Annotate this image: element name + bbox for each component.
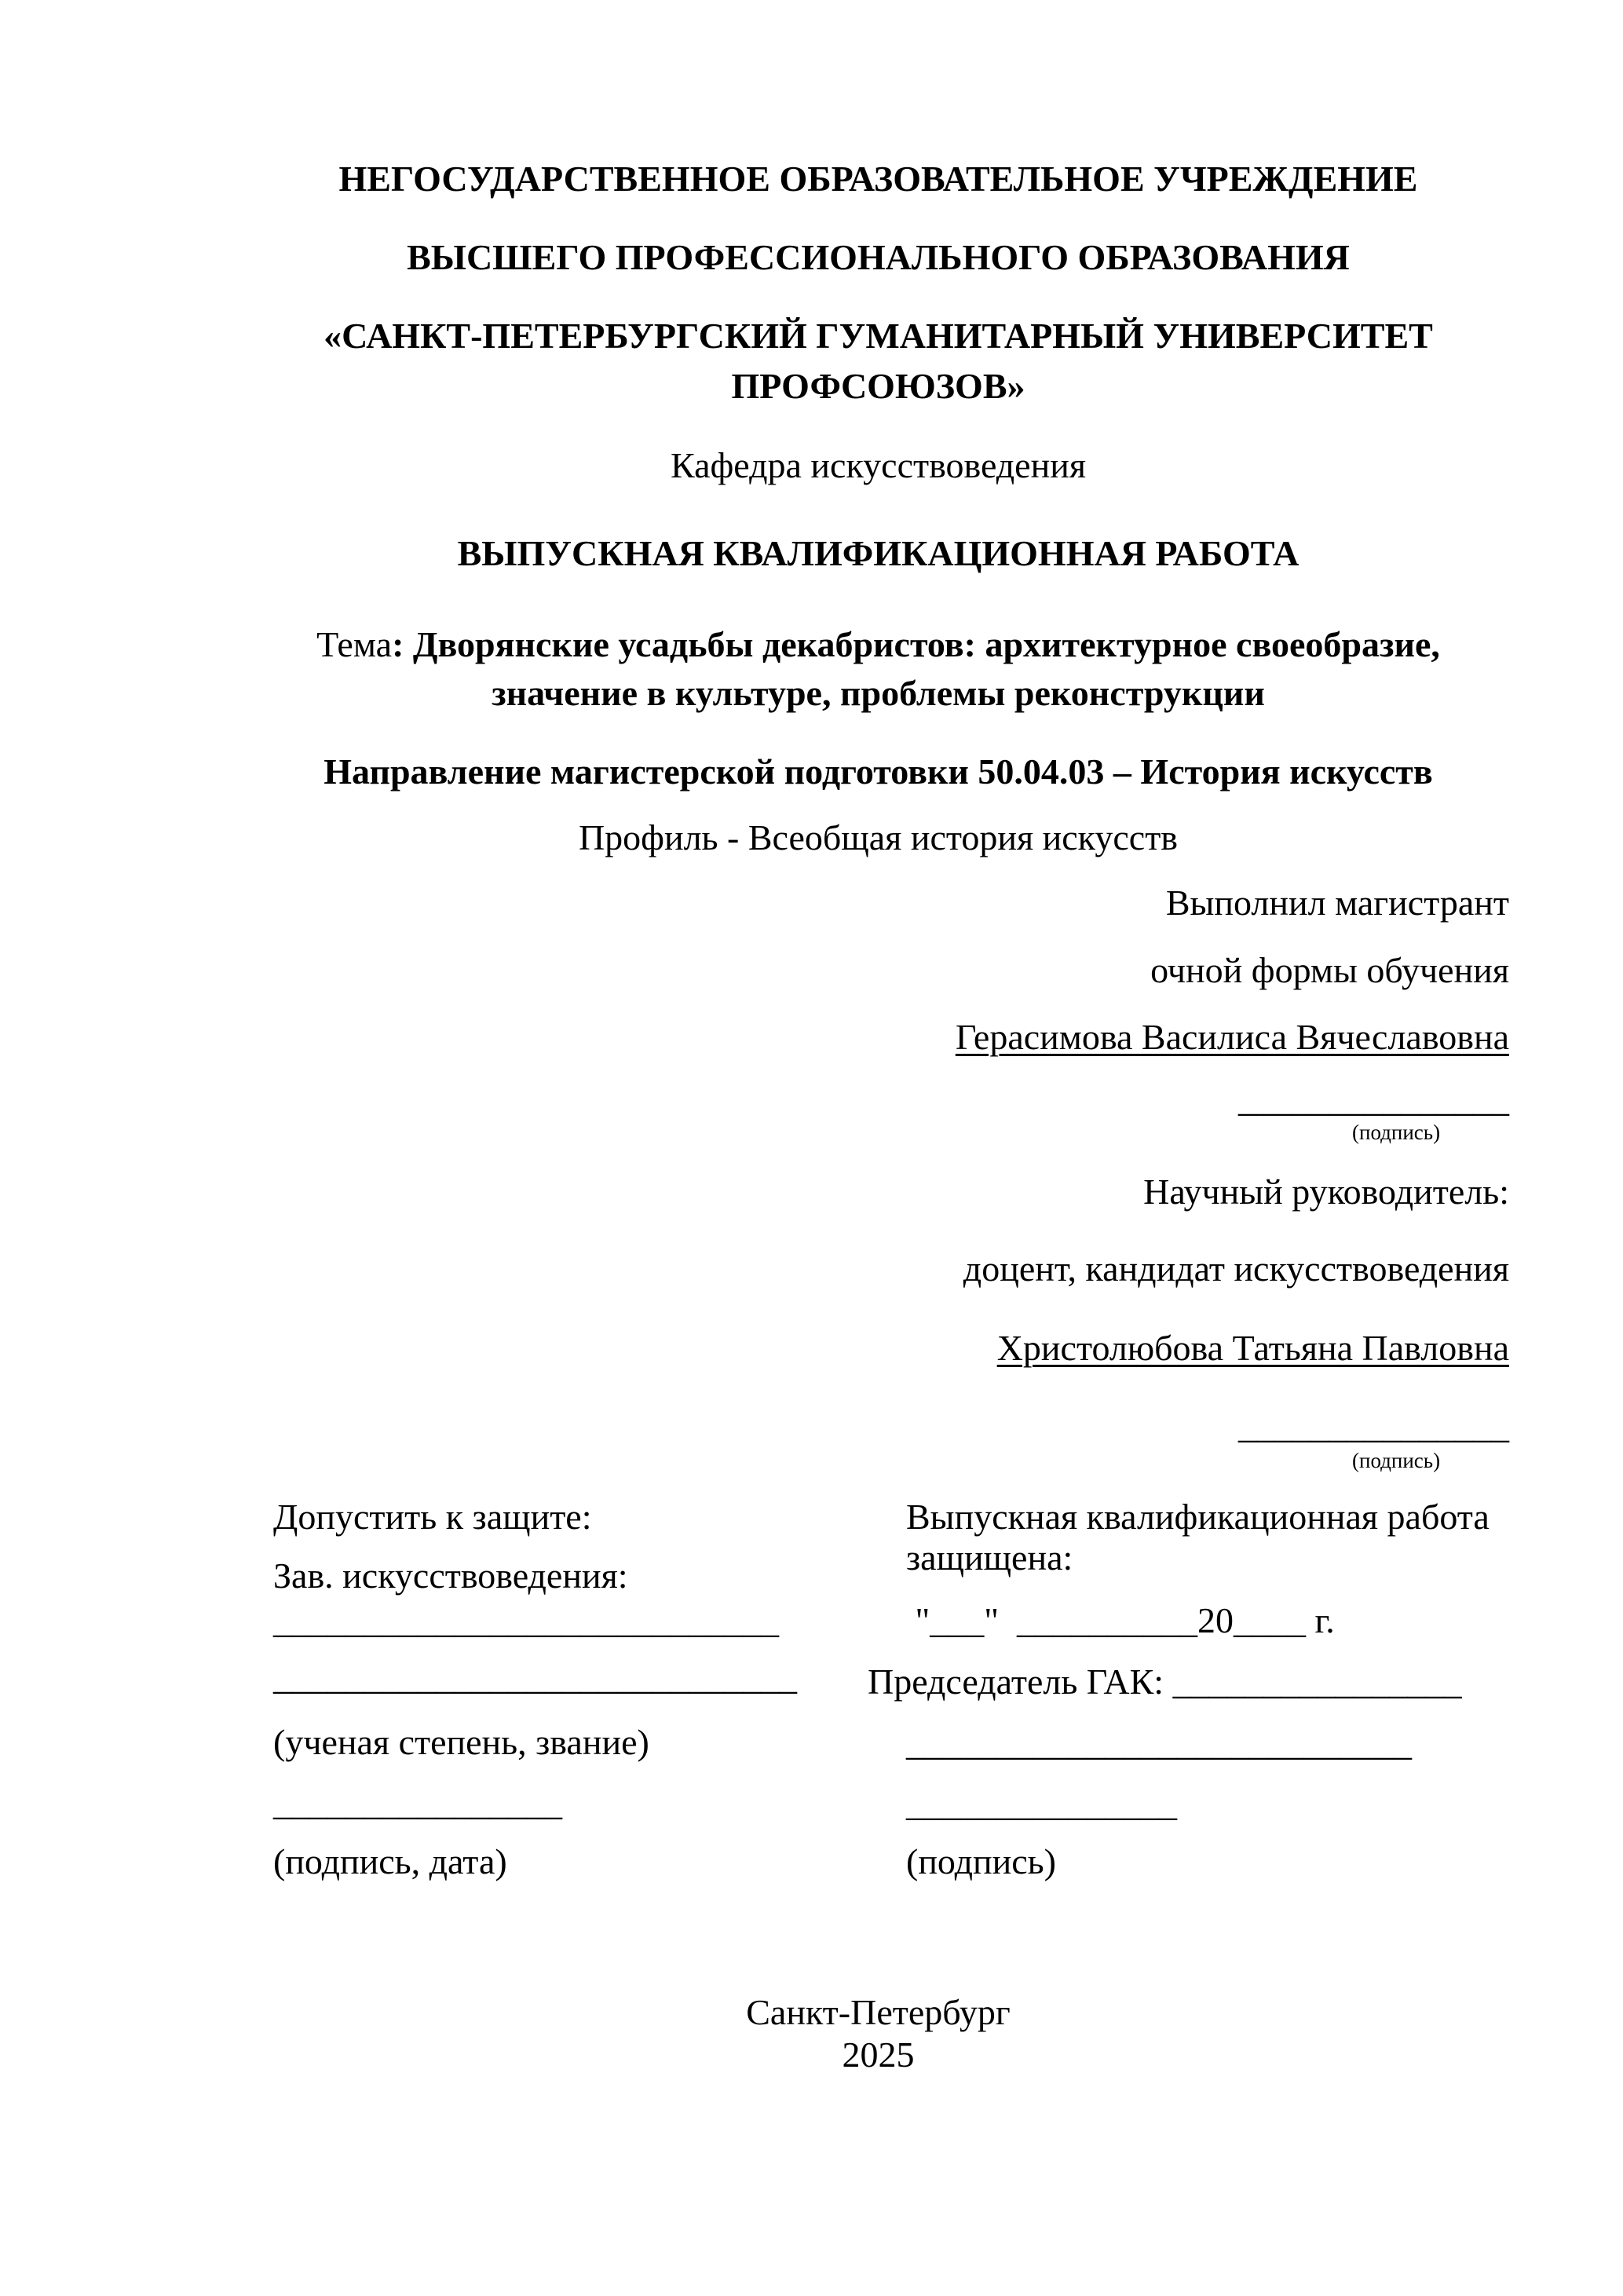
direction: Направление магистерской подготовки 50.0… bbox=[247, 750, 1509, 794]
admission-signature-caption: (подпись, дата) bbox=[273, 1840, 507, 1884]
author-signature-blank: _______________ bbox=[1238, 1077, 1509, 1121]
city: Санкт-Петербург bbox=[247, 1991, 1509, 2035]
admission-blank-1: ____________________________ bbox=[273, 1599, 779, 1643]
supervisor-role: Научный руководитель: bbox=[1143, 1170, 1509, 1214]
supervisor-name: Христолюбова Татьяна Павловна bbox=[997, 1326, 1509, 1370]
institution-line-1: НЕГОСУДАРСТВЕННОЕ ОБРАЗОВАТЕЛЬНОЕ УЧРЕЖД… bbox=[247, 157, 1509, 201]
author-name: Герасимова Василиса Вячеславовна bbox=[956, 1015, 1509, 1059]
admission-blank-3: ________________ bbox=[273, 1781, 562, 1825]
defense-blank-1: ____________________________ bbox=[906, 1721, 1412, 1765]
year: 2025 bbox=[247, 2033, 1509, 2077]
profile: Профиль - Всеобщая история искусств bbox=[247, 816, 1509, 860]
topic-text: : Дворянские усадьбы декабристов: архите… bbox=[392, 624, 1440, 664]
work-type-heading: ВЫПУСКНАЯ КВАЛИФИКАЦИОННАЯ РАБОТА bbox=[247, 532, 1509, 576]
institution-line-2: ВЫСШЕГО ПРОФЕССИОНАЛЬНОГО ОБРАЗОВАНИЯ bbox=[247, 236, 1509, 280]
institution-line-4: ПРОФСОЮЗОВ» bbox=[247, 364, 1509, 408]
defense-line-2: защищена: bbox=[906, 1536, 1073, 1580]
defense-date: "___" __________20____ г. bbox=[906, 1599, 1335, 1643]
admission-head: Зав. искусствоведения: bbox=[273, 1554, 628, 1598]
institution-line-3: «САНКТ-ПЕТЕРБУРГСКИЙ ГУМАНИТАРНЫЙ УНИВЕР… bbox=[247, 314, 1509, 358]
supervisor-degree: доцент, кандидат искусствоведения bbox=[963, 1247, 1509, 1291]
author-role-1: Выполнил магистрант bbox=[1166, 881, 1509, 925]
admission-degree-caption: (ученая степень, звание) bbox=[273, 1720, 649, 1764]
topic-line-1: Тема: Дворянские усадьбы декабристов: ар… bbox=[247, 623, 1509, 667]
supervisor-signature-blank: _______________ bbox=[1238, 1404, 1509, 1448]
supervisor-signature-caption: (подпись) bbox=[1352, 1447, 1440, 1474]
defense-signature-caption: (подпись) bbox=[906, 1840, 1056, 1884]
author-signature-caption: (подпись) bbox=[1352, 1119, 1440, 1146]
admission-label: Допустить к защите: bbox=[273, 1495, 592, 1539]
defense-chair: Председатель ГАК: ________________ bbox=[868, 1660, 1462, 1704]
department: Кафедра искусствоведения bbox=[247, 444, 1509, 488]
admission-blank-2: _____________________________ bbox=[273, 1655, 797, 1699]
defense-blank-2: _______________ bbox=[906, 1782, 1177, 1826]
topic-line-2: значение в культуре, проблемы реконструк… bbox=[247, 671, 1509, 715]
author-role-2: очной формы обучения bbox=[1150, 949, 1509, 993]
topic-label: Тема bbox=[316, 624, 392, 664]
defense-line-1: Выпускная квалификационная работа bbox=[906, 1495, 1490, 1539]
